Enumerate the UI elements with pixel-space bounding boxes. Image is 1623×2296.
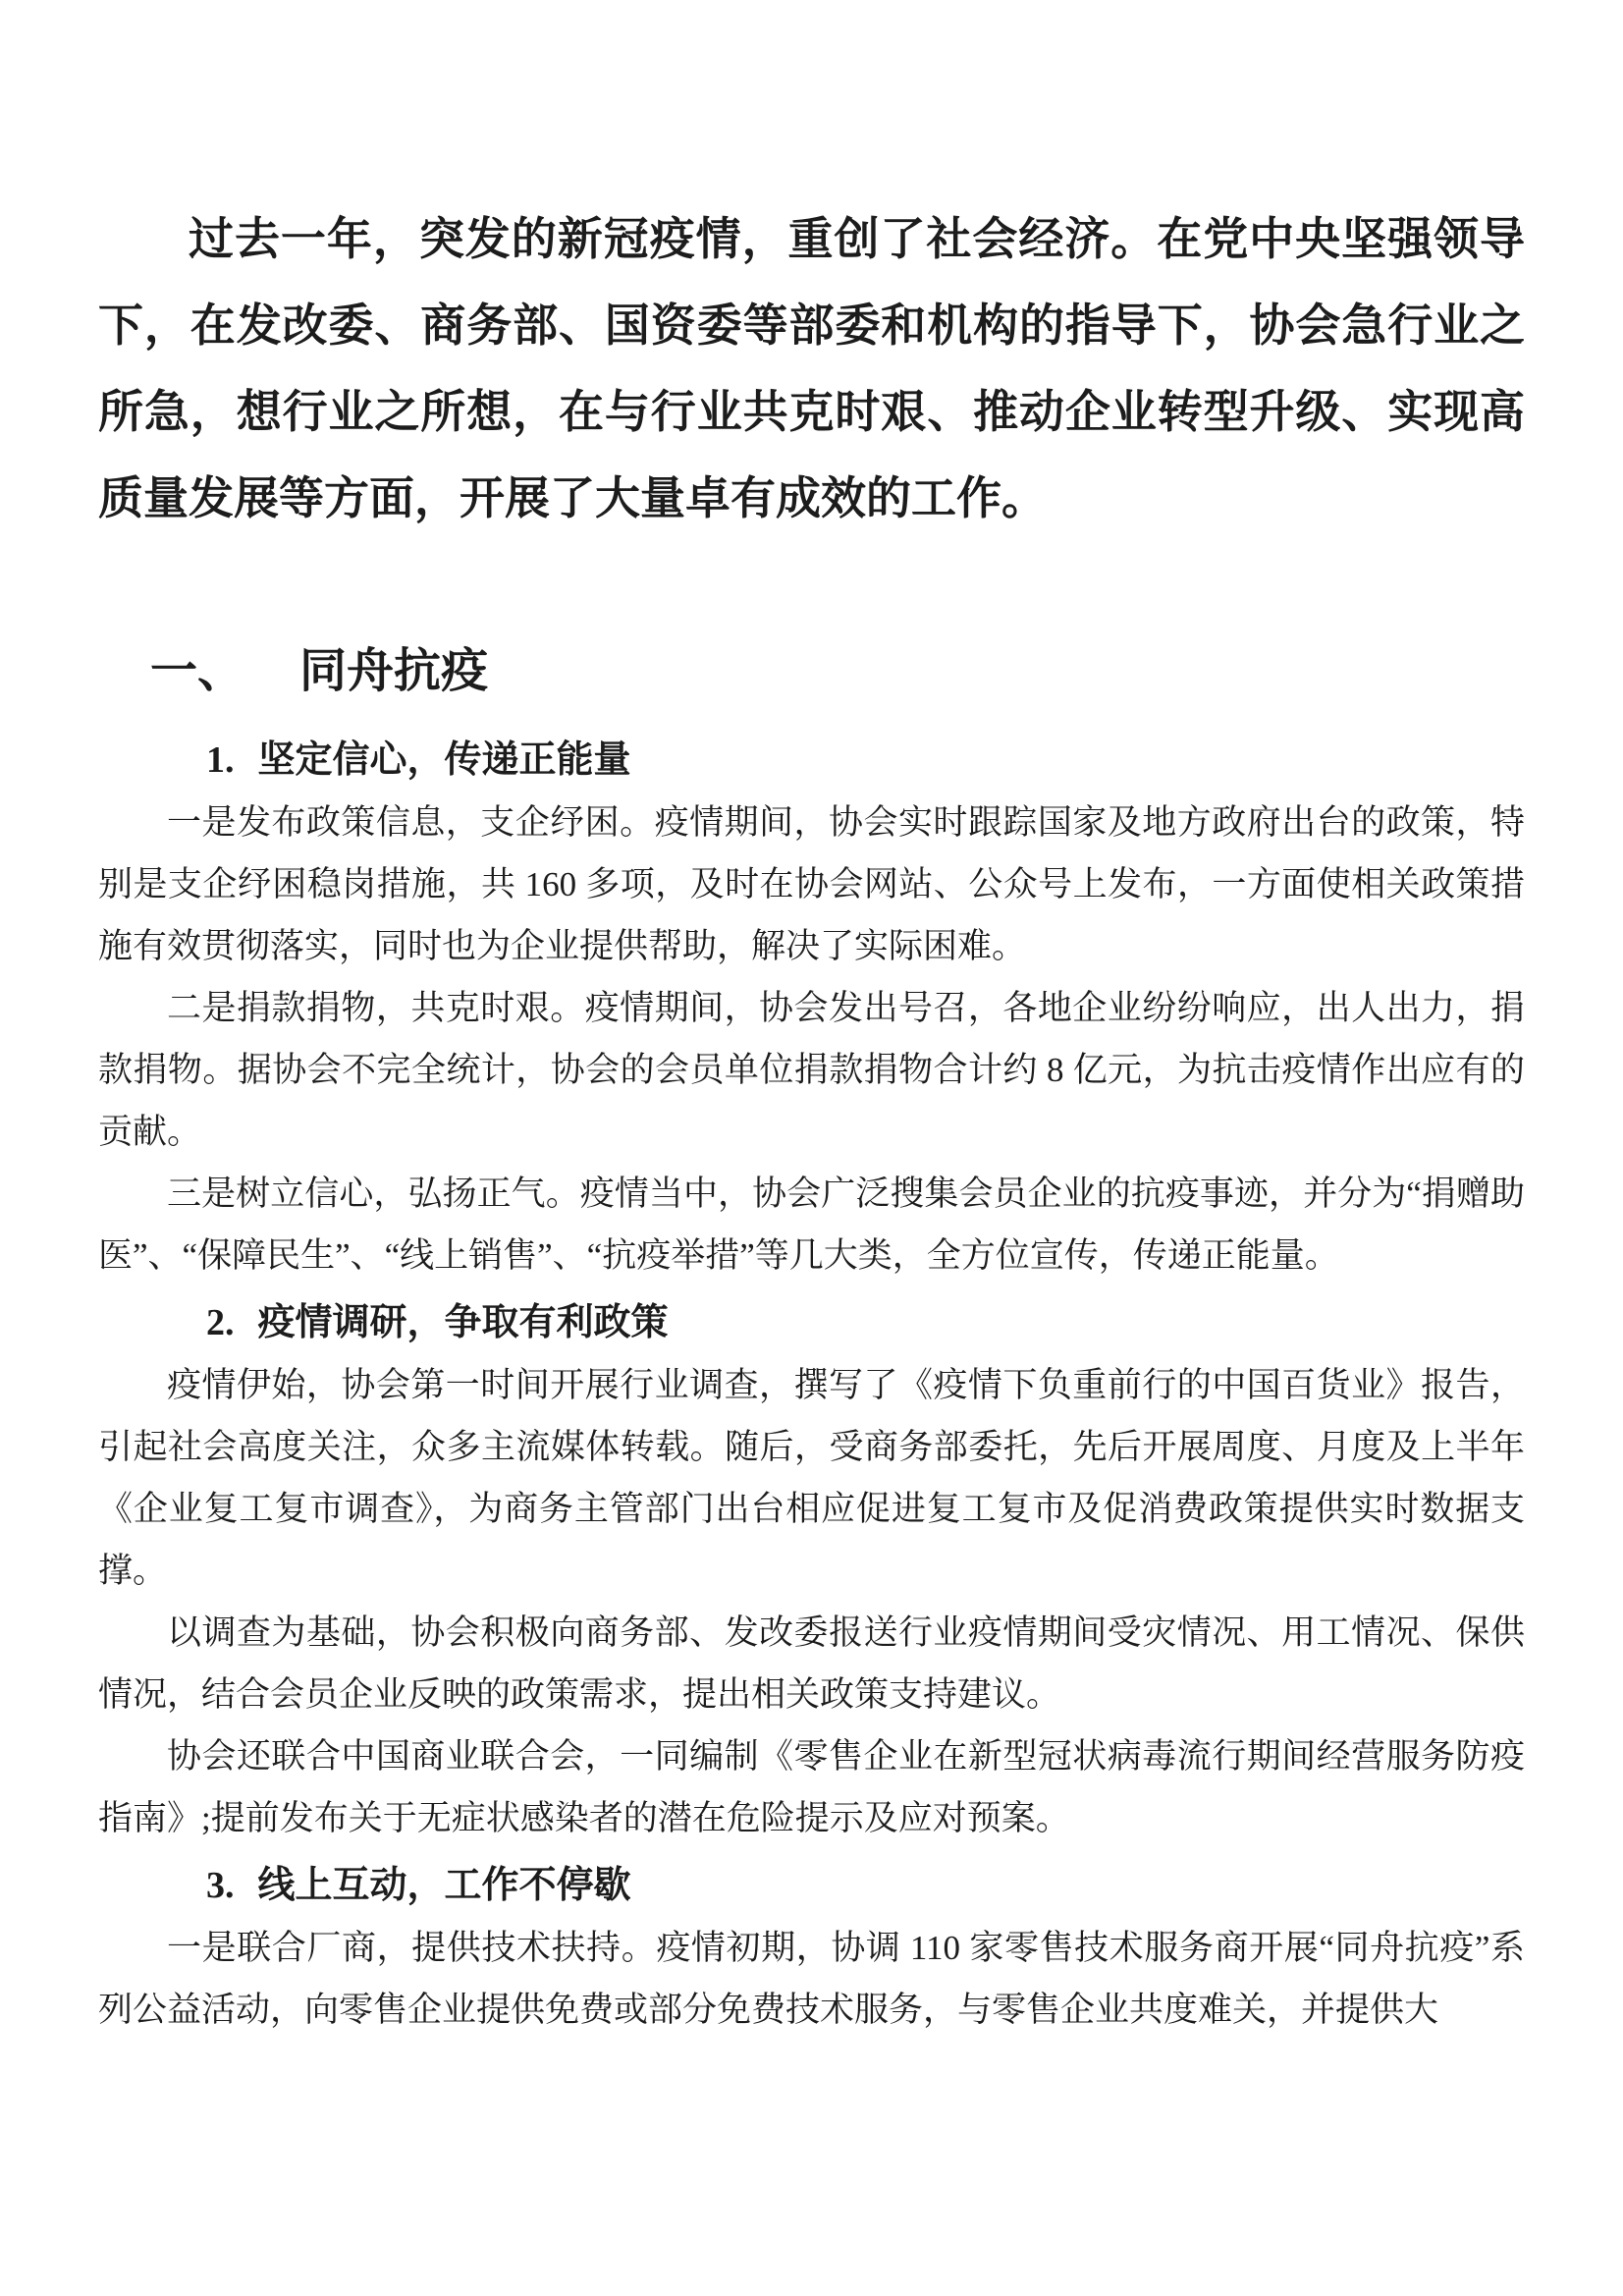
paragraph: 一是发布政策信息，支企纾困。疫情期间，协会实时跟踪国家及地方政府出台的政策，特别… <box>98 792 1525 977</box>
section-heading: 一、 同舟抗疫 <box>150 640 1525 702</box>
paragraph: 疫情伊始，协会第一时间开展行业调查，撰写了《疫情下负重前行的中国百货业》报告，引… <box>98 1354 1525 1602</box>
subsection-3-title: 线上互动，工作不停歇 <box>258 1855 631 1917</box>
paragraph: 以调查为基础，协会积极向商务部、发改委报送行业疫情期间受灾情况、用工情况、保供情… <box>98 1602 1525 1725</box>
subsection-3-number: 3. <box>206 1855 235 1917</box>
page-content: 过去一年，突发的新冠疫情，重创了社会经济。在党中央坚强领导下，在发改委、商务部、… <box>0 0 1623 2041</box>
subsection-2-number: 2. <box>206 1292 235 1354</box>
document-page: 过去一年，突发的新冠疫情，重创了社会经济。在党中央坚强领导下，在发改委、商务部、… <box>0 0 1623 2296</box>
paragraph: 二是捐款捐物，共克时艰。疫情期间，协会发出号召，各地企业纷纷响应，出人出力，捐款… <box>98 977 1525 1163</box>
paragraph: 三是树立信心，弘扬正气。疫情当中，协会广泛搜集会员企业的抗疫事迹，并分为“捐赠助… <box>98 1163 1525 1286</box>
subsection-1-title: 坚定信心，传递正能量 <box>258 730 631 792</box>
section-number: 一、 <box>150 640 244 702</box>
section-title: 同舟抗疫 <box>299 640 488 702</box>
paragraph: 一是联合厂商，提供技术扶持。疫情初期，协调 110 家零售技术服务商开展“同舟抗… <box>98 1917 1525 2041</box>
subsection-2-heading: 2. 疫情调研，争取有利政策 <box>206 1292 1525 1354</box>
subsection-3-heading: 3. 线上互动，工作不停歇 <box>206 1855 1525 1917</box>
subsection-1-number: 1. <box>206 730 235 792</box>
paragraph: 协会还联合中国商业联合会，一同编制《零售企业在新型冠状病毒流行期间经营服务防疫指… <box>98 1725 1525 1849</box>
intro-paragraph: 过去一年，突发的新冠疫情，重创了社会经济。在党中央坚强领导下，在发改委、商务部、… <box>98 196 1525 542</box>
subsection-1-heading: 1. 坚定信心，传递正能量 <box>206 730 1525 792</box>
subsection-2-title: 疫情调研，争取有利政策 <box>258 1292 669 1354</box>
